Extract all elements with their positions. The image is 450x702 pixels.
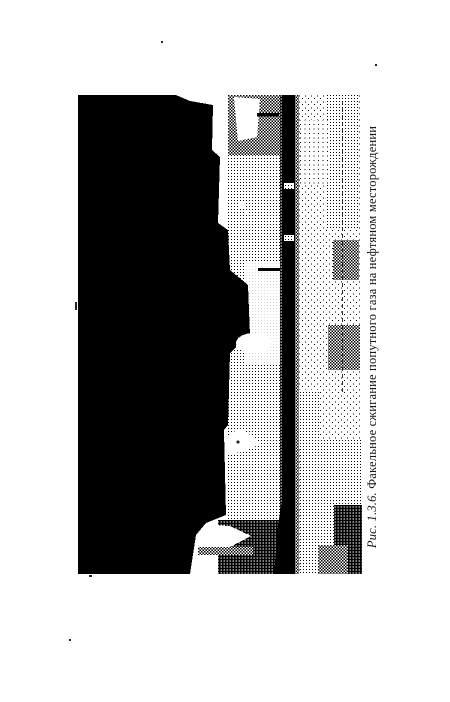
horizon-band [283, 95, 295, 574]
flare-stack-1 [257, 113, 279, 116]
figure-caption-label: Рис. 1.3.6. [365, 492, 379, 548]
glint [239, 202, 244, 207]
scan-artifact-tick [75, 302, 77, 310]
figure-caption: Рис. 1.3.6. Факельное сжигание попутного… [364, 102, 380, 572]
scan-artifact-dot [375, 64, 377, 66]
sky-patch [234, 97, 260, 141]
glint [244, 211, 248, 215]
scan-artifact-dot [69, 639, 71, 641]
scan-artifact-tick [89, 575, 92, 577]
figure-caption-text: Факельное сжигание попутного газа на неф… [365, 126, 379, 489]
scan-artifact-dot [161, 41, 163, 43]
scanned-book-page: Рис. 1.3.6. Факельное сжигание попутного… [0, 0, 450, 702]
flare-field-photo [78, 95, 362, 574]
